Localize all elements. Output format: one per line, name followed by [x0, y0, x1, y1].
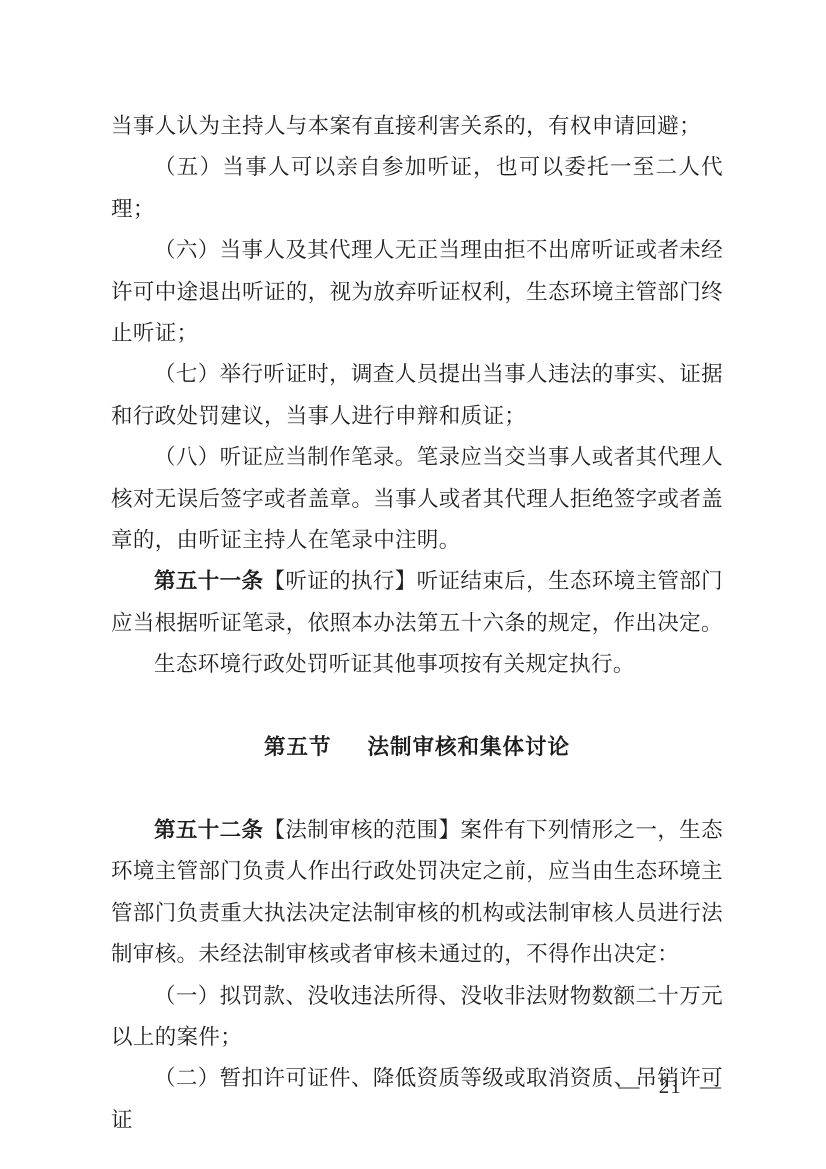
list-item-6: （六）当事人及其代理人无正当理由拒不出席听证或者未经许可中途退出听证的，视为放弃… — [111, 230, 723, 354]
section-title: 法制审核和集体讨论 — [368, 727, 571, 768]
article-52-title: 【法制审核的范围】 — [263, 818, 460, 842]
article-51-title: 【听证的执行】 — [263, 569, 416, 593]
paragraph-continuation: 当事人认为主持人与本案有直接利害关系的，有权申请回避； — [111, 106, 723, 147]
paragraph-other-matters: 生态环境行政处罚听证其他事项按有关规定执行。 — [111, 644, 723, 685]
list-item-1: （一）拟罚款、没收违法所得、没收非法财物数额二十万元以上的案件； — [111, 976, 723, 1059]
section-heading: 第五节 法制审核和集体讨论 — [111, 727, 723, 768]
article-52-number: 第五十二条 — [154, 818, 263, 842]
document-page: 当事人认为主持人与本案有直接利害关系的，有权申请回避； （五）当事人可以亲自参加… — [0, 0, 826, 1169]
list-item-5: （五）当事人可以亲自参加听证，也可以委托一至二人代理； — [111, 147, 723, 230]
article-51-paragraph: 第五十一条【听证的执行】听证结束后，生态环境主管部门应当根据听证笔录，依照本办法… — [111, 561, 723, 644]
list-item-7: （七）举行听证时，调查人员提出当事人违法的事实、证据和行政处罚建议，当事人进行申… — [111, 354, 723, 437]
section-number: 第五节 — [264, 727, 332, 768]
list-item-8: （八）听证应当制作笔录。笔录应当交当事人或者其代理人核对无误后签字或者盖章。当事… — [111, 437, 723, 561]
article-51-number: 第五十一条 — [154, 569, 263, 593]
page-number: — 21 — — [619, 1071, 723, 1101]
page-body-text: 当事人认为主持人与本案有直接利害关系的，有权申请回避； （五）当事人可以亲自参加… — [111, 106, 723, 1141]
article-52-paragraph: 第五十二条【法制审核的范围】案件有下列情形之一，生态环境主管部门负责人作出行政处… — [111, 810, 723, 976]
